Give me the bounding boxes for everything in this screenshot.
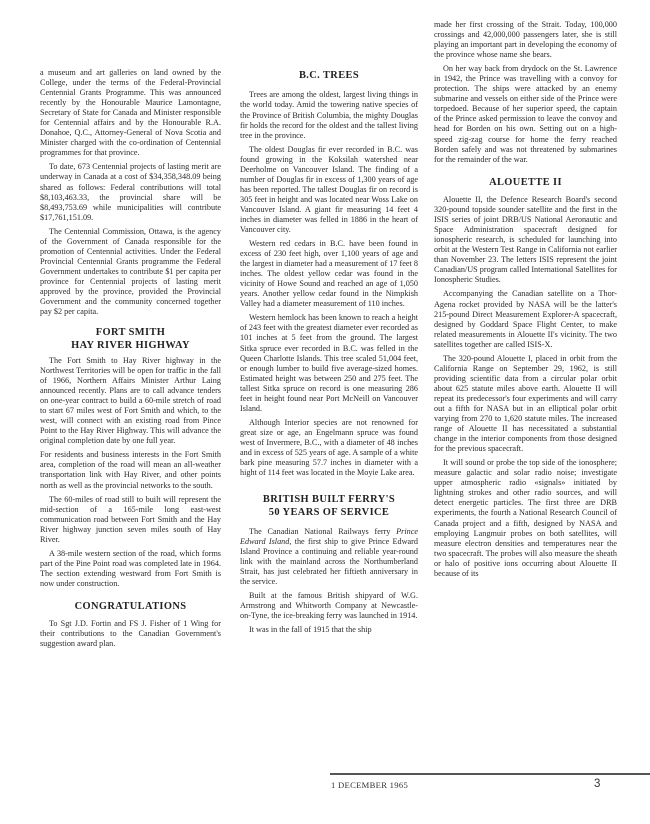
ferry-heading-line1: BRITISH BUILT FERRY'S — [263, 494, 395, 505]
alouette-paragraph-2: Accompanying the Canadian satellite on a… — [434, 289, 617, 349]
ferry-continued-paragraph-2: On her way back from drydock on the St. … — [434, 64, 617, 164]
ferry-paragraph-1: The Canadian National Railways ferry Pri… — [240, 527, 418, 587]
page-number: 3 — [594, 778, 600, 790]
column-3: made her first crossing of the Strait. T… — [434, 20, 617, 583]
ferry-heading-line2: 50 YEARS OF SERVICE — [269, 507, 390, 518]
alouette-paragraph-1: Alouette II, the Defence Research Board'… — [434, 195, 617, 285]
footer-date: 1 DECEMBER 1965 — [331, 780, 408, 790]
fort-smith-paragraph-4: A 38-mile western section of the road, w… — [40, 549, 221, 589]
alouette-heading: ALOUETTE II — [434, 177, 617, 189]
bc-trees-paragraph-1: Trees are among the oldest, largest livi… — [240, 90, 418, 140]
fort-smith-heading-line1: FORT SMITH — [96, 327, 166, 338]
footer-rule — [330, 773, 650, 775]
ferry-heading: BRITISH BUILT FERRY'S 50 YEARS OF SERVIC… — [240, 494, 418, 519]
ferry-paragraph-3: It was in the fall of 1915 that the ship — [240, 625, 418, 635]
bc-trees-paragraph-3: Western red cedars in B.C. have been fou… — [240, 239, 418, 309]
ferry-continued-paragraph-1: made her first crossing of the Strait. T… — [434, 20, 617, 60]
column-1: a museum and art galleries on land owned… — [40, 68, 221, 654]
fort-smith-paragraph-1: The Fort Smith to Hay River highway in t… — [40, 356, 221, 446]
newsletter-page: a museum and art galleries on land owned… — [0, 0, 650, 824]
alouette-paragraph-3: The 320-pound Alouette I, placed in orbi… — [434, 354, 617, 454]
congratulations-paragraph: To Sgt J.D. Fortin and FS J. Fisher of 1… — [40, 619, 221, 649]
column-2: B.C. TREES Trees are among the oldest, l… — [240, 70, 418, 639]
fort-smith-paragraph-3: The 60-miles of road still to built will… — [40, 495, 221, 545]
fort-smith-heading: FORT SMITH HAY RIVER HIGHWAY — [40, 327, 221, 352]
centennial-paragraph-1: a museum and art galleries on land owned… — [40, 68, 221, 158]
ferry-paragraph-2: Built at the famous British shipyard of … — [240, 591, 418, 621]
centennial-paragraph-2: To date, 673 Centennial projects of last… — [40, 162, 221, 222]
bc-trees-paragraph-4: Western hemlock has been known to reach … — [240, 313, 418, 413]
bc-trees-paragraph-5: Although Interior species are not renown… — [240, 418, 418, 478]
alouette-paragraph-4: It will sound or probe the top side of t… — [434, 458, 617, 579]
fort-smith-heading-line2: HAY RIVER HIGHWAY — [71, 340, 190, 351]
congratulations-heading: CONGRATULATIONS — [40, 601, 221, 613]
bc-trees-heading: B.C. TREES — [240, 70, 418, 82]
fort-smith-paragraph-2: For residents and business interests in … — [40, 450, 221, 490]
ferry-p1-before: The Canadian National Railways ferry — [249, 527, 396, 536]
centennial-paragraph-3: The Centennial Commission, Ottawa, is th… — [40, 227, 221, 317]
bc-trees-paragraph-2: The oldest Douglas fir ever recorded in … — [240, 145, 418, 235]
